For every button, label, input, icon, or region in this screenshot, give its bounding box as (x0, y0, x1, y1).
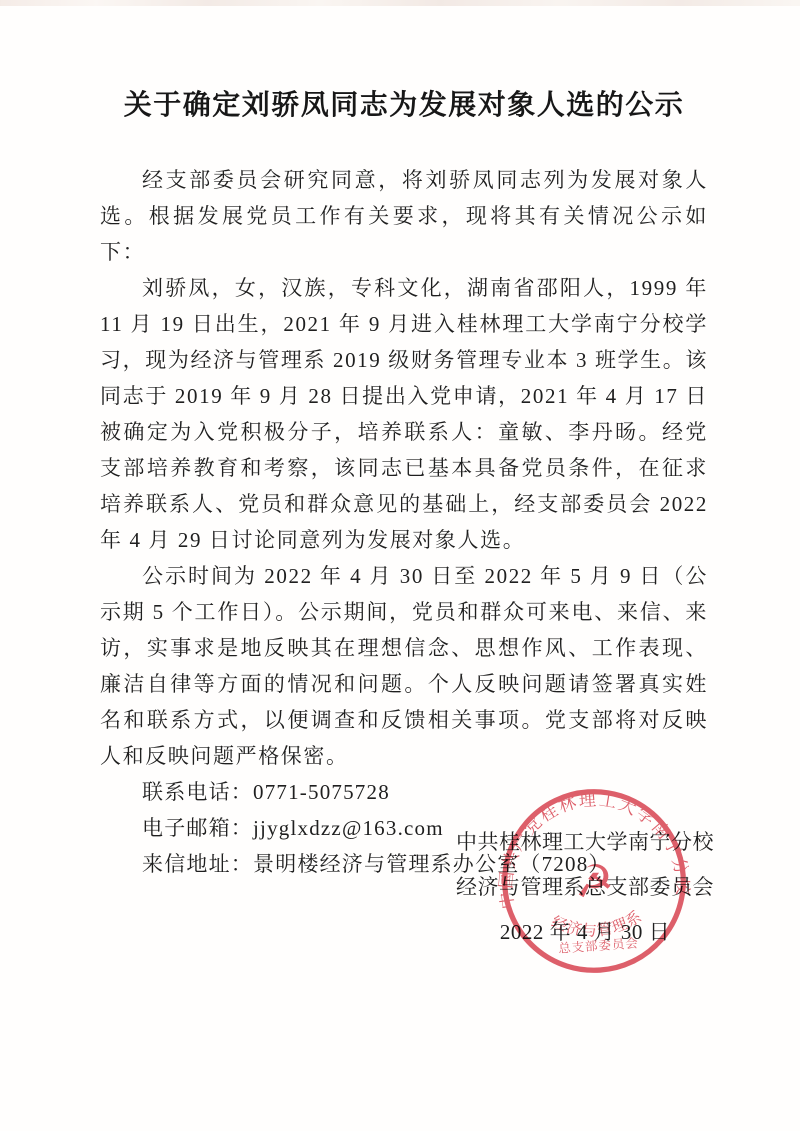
paragraph-publicity-period: 公示时间为 2022 年 4 月 30 日至 2022 年 5 月 9 日（公示… (100, 558, 708, 774)
seal-committee-text: 总支部委员会 (558, 935, 639, 956)
paragraph-intro: 经支部委员会研究同意，将刘骄凤同志列为发展对象人选。根据发展党员工作有关要求，现… (100, 162, 708, 270)
page-title: 关于确定刘骄凤同志为发展对象人选的公示 (100, 84, 708, 128)
document-content: 关于确定刘骄凤同志为发展对象人选的公示 经支部委员会研究同意，将刘骄凤同志列为发… (100, 84, 708, 882)
document-page: 关于确定刘骄凤同志为发展对象人选的公示 经支部委员会研究同意，将刘骄凤同志列为发… (0, 0, 800, 1131)
official-seal-stamp: 中国共产党桂林理工大学南宁分校 ☭ 经济与管理系 总支部委员会 (492, 779, 697, 984)
hammer-sickle-icon: ☭ (573, 855, 616, 909)
scan-edge-artifact (0, 0, 800, 6)
paragraph-biography: 刘骄凤，女，汉族，专科文化，湖南省邵阳人，1999 年 11 月 19 日出生，… (100, 270, 708, 558)
party-seal-graphic: 中国共产党桂林理工大学南宁分校 ☭ 经济与管理系 总支部委员会 (492, 779, 697, 984)
